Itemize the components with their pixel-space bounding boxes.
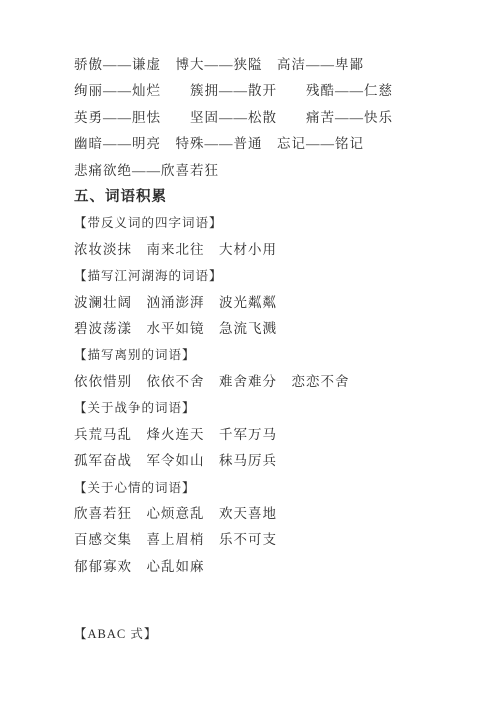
- bracket-mood: 【关于心情的词语】: [74, 475, 466, 501]
- antonym-line-5: 悲痛欲绝——欣喜若狂: [74, 158, 466, 184]
- antonym-line-2: 绚丽——灿烂 簇拥——散开 残酷——仁慈: [74, 78, 466, 104]
- words-mood-1: 欣喜若狂 心烦意乱 欢天喜地: [74, 501, 466, 527]
- words-mood-3: 郁郁寡欢 心乱如麻: [74, 554, 466, 580]
- words-antonym-four-char: 浓妆淡抹 南来北往 大材小用: [74, 237, 466, 263]
- antonym-line-4: 幽暗——明亮 特殊——普通 忘记——铭记: [74, 131, 466, 157]
- bracket-abac: 【ABAC 式】: [74, 621, 466, 647]
- bracket-farewell: 【描写离别的词语】: [74, 342, 466, 368]
- words-rivers-2: 碧波荡漾 水平如镜 急流飞溅: [74, 316, 466, 342]
- words-rivers-1: 波澜壮阔 汹涌澎湃 波光粼粼: [74, 290, 466, 316]
- section-heading: 五、词语积累: [74, 184, 466, 210]
- bracket-rivers-lakes-seas: 【描写江河湖海的词语】: [74, 263, 466, 289]
- words-war-1: 兵荒马乱 烽火连天 千军万马: [74, 422, 466, 448]
- words-war-2: 孤军奋战 军令如山 秣马厉兵: [74, 448, 466, 474]
- words-farewell: 依依惜别 依依不舍 难舍难分 恋恋不舍: [74, 369, 466, 395]
- antonym-line-1: 骄傲——谦虚 博大——狭隘 高洁——卑鄙: [74, 52, 466, 78]
- document-page: 骄傲——谦虚 博大——狭隘 高洁——卑鄙 绚丽——灿烂 簇拥——散开 残酷——仁…: [0, 0, 500, 707]
- bracket-war: 【关于战争的词语】: [74, 395, 466, 421]
- antonym-line-3: 英勇——胆怯 坚固——松散 痛苦——快乐: [74, 105, 466, 131]
- words-mood-2: 百感交集 喜上眉梢 乐不可支: [74, 527, 466, 553]
- bracket-antonym-four-char: 【带反义词的四字词语】: [74, 210, 466, 236]
